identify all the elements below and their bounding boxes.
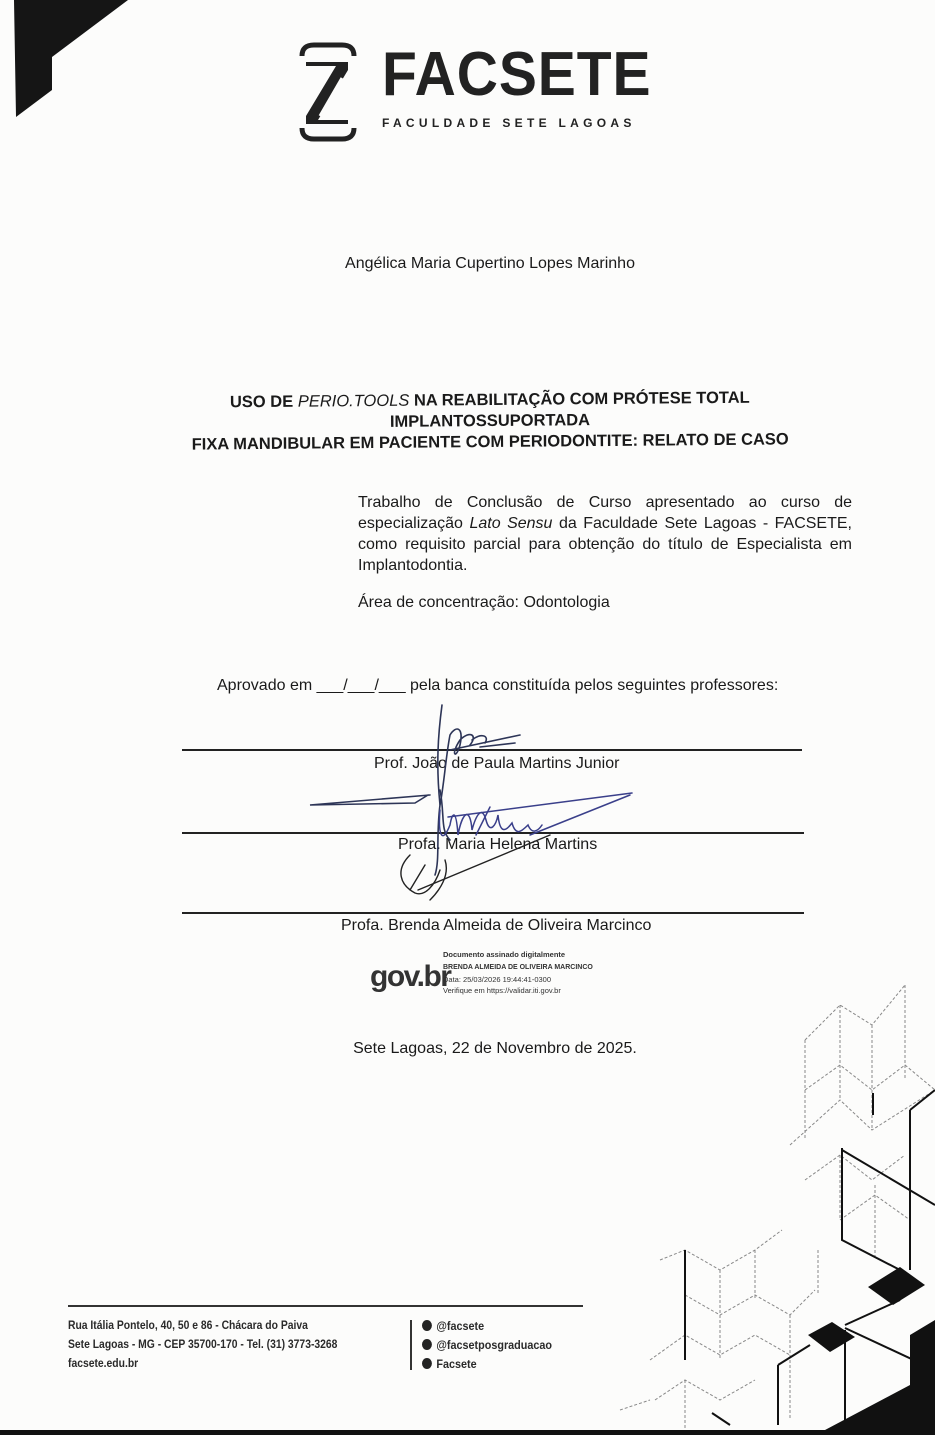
signature-header: Documento assinado digitalmente: [443, 948, 593, 961]
footer-address: Rua Itália Pontelo, 40, 50 e 86 - Chácar…: [68, 1317, 337, 1374]
logo-wordmark: FACSETE: [382, 44, 652, 106]
facsete-logo: FACSETE FACULDADE SETE LAGOAS: [296, 42, 636, 142]
address-line-2: Sete Lagoas - MG - CEP 35700-170 - Tel. …: [68, 1336, 337, 1355]
thesis-description: Trabalho de Conclusão de Curso apresenta…: [358, 492, 852, 576]
signature-date: Data: 25/03/2026 19:44:41-0300: [443, 974, 593, 985]
website-link[interactable]: facsete.edu.br: [68, 1355, 337, 1374]
author-name: Angélica Maria Cupertino Lopes Marinho: [0, 255, 935, 273]
title-line2: FIXA MANDIBULAR EM PACIENTE COM PERIODON…: [192, 430, 789, 453]
handwritten-signatures: [300, 695, 640, 915]
footer-divider: [68, 1305, 583, 1307]
signature-signer: BRENDA ALMEIDA DE OLIVEIRA MARCINCO: [443, 961, 593, 974]
thesis-title: USO DE PERIO.TOOLS NA REABILITAÇÃO COM P…: [130, 387, 851, 456]
concentration-area: Área de concentração: Odontologia: [358, 594, 610, 612]
corner-decoration: [0, 0, 140, 120]
description-italic: Lato Sensu: [469, 515, 552, 532]
social-link-instagram-pos[interactable]: @facsetposgraduacao: [422, 1336, 552, 1355]
facebook-icon: [422, 1358, 432, 1369]
facsete-logo-mark-icon: [296, 42, 358, 142]
address-line-1: Rua Itália Pontelo, 40, 50 e 86 - Chácar…: [68, 1317, 337, 1336]
social-label: @facsetposgraduacao: [436, 1338, 552, 1352]
approval-statement: Aprovado em ___/___/___ pela banca const…: [217, 677, 778, 695]
title-prefix: USO DE: [230, 393, 298, 412]
social-label: Facsete: [436, 1357, 476, 1371]
signature-verify-link[interactable]: Verifique em https://validar.iti.gov.br: [443, 985, 593, 996]
govbr-logo: gov.br: [370, 960, 450, 994]
social-link-instagram[interactable]: @facsete: [422, 1317, 552, 1336]
instagram-icon: [422, 1320, 432, 1331]
social-link-facebook[interactable]: Facsete: [422, 1355, 552, 1374]
geometric-pattern-decoration: [600, 960, 935, 1435]
instagram-icon: [422, 1339, 432, 1350]
page-bottom-edge: [0, 1430, 935, 1435]
title-italic: PERIO.TOOLS: [298, 392, 410, 411]
title-suffix: NA REABILITAÇÃO COM PRÓTESE TOTAL IMPLAN…: [390, 389, 750, 431]
social-label: @facsete: [436, 1319, 484, 1333]
footer-vertical-divider: [410, 1320, 412, 1370]
logo-subtitle: FACULDADE SETE LAGOAS: [382, 116, 636, 130]
committee-member-3: Profa. Brenda Almeida de Oliveira Marcin…: [341, 917, 651, 935]
footer-social-links: @facsete @facsetposgraduacao Facsete: [422, 1317, 552, 1374]
